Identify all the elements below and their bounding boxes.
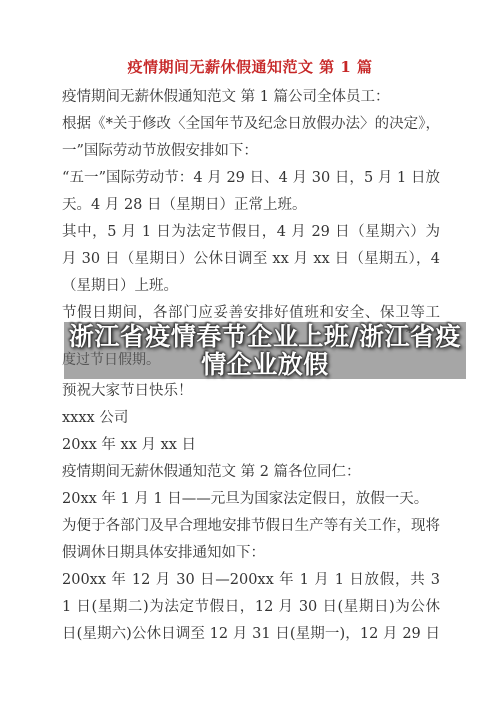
text-line: 20xx 年 1 月 1 日——元旦为国家法定假日，放假一天。	[62, 486, 440, 513]
page-title: 疫情期间无薪休假通知范文 第 1 篇	[0, 56, 500, 77]
text-line: 假调休日期具体安排通知如下：	[62, 540, 440, 567]
text-line: 预祝大家节日快乐！	[62, 378, 440, 405]
overlay-banner: *稳 度过节日假期。 浙江省疫情春节企业上班/浙江省疫 情企业放假	[64, 322, 466, 379]
document-page: 疫情期间无薪休假通知范文 第 1 篇 疫情期间无薪休假通知范文 第 1 篇公司全…	[0, 0, 500, 706]
text-line: xxxx 公司	[62, 405, 440, 432]
text-line: 根据《*关于修改〈全国年节及纪念日放假办法〉的决定》，我司“五	[62, 111, 440, 138]
text-line: “五一”国际劳动节：4 月 29 日、4 月 30 日，5 月 1 日放假，共 …	[62, 165, 440, 192]
text-line: 日(星期六)公休日调至 12 月 31 日(星期一)，12 月 29 日(星期六…	[62, 621, 440, 648]
text-line: 为便于各部门及早合理地安排节假日生产等有关工作，现将元旦放	[62, 513, 440, 540]
text-line: 200xx 年 12 月 30 日—200xx 年 1 月 1 日放假，共 3 …	[62, 567, 440, 594]
body-block-top: 疫情期间无薪休假通知范文 第 1 篇公司全体员工：根据《*关于修改〈全国年节及纪…	[62, 84, 440, 327]
body-block-bottom: 预祝大家节日快乐！xxxx 公司20xx 年 xx 月 xx 日疫情期间无薪休假…	[62, 378, 440, 648]
text-line: 月 30 日（星期日）公休日调至 xx 月 xx 日（星期五），4 月 28 日	[62, 246, 440, 273]
text-line: 天。4 月 28 日（星期日）正常上班。	[62, 192, 440, 219]
text-line: 疫情期间无薪休假通知范文 第 1 篇公司全体员工：	[62, 84, 440, 111]
text-line: 20xx 年 xx 月 xx 日	[62, 432, 440, 459]
text-line: 一”国际劳动节放假安排如下：	[62, 138, 440, 165]
overlay-title-link[interactable]: 浙江省疫情春节企业上班/浙江省疫 情企业放假	[64, 322, 466, 379]
overlay-title-line2: 情企业放假	[201, 351, 329, 379]
text-line: （星期日）上班。	[62, 273, 440, 300]
text-line: 其中，5 月 1 日为法定节假日，4 月 29 日（星期六）为公休日，4	[62, 219, 440, 246]
text-line: 1 日(星期二)为法定节假日，12 月 30 日(星期日)为公休日，12 月 2…	[62, 594, 440, 621]
overlay-title-line1: 浙江省疫情春节企业上班/浙江省疫	[69, 323, 461, 351]
text-line: 疫情期间无薪休假通知范文 第 2 篇各位同仁：	[62, 459, 440, 486]
